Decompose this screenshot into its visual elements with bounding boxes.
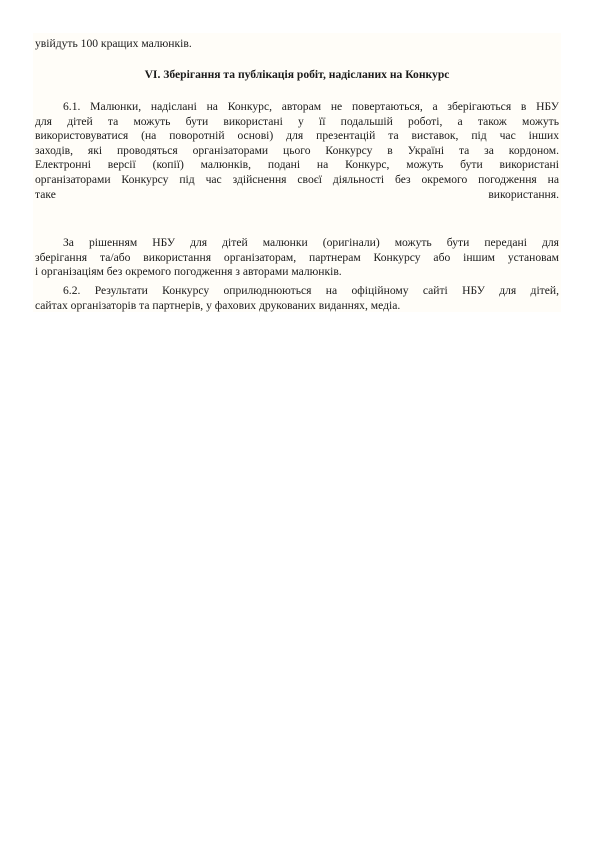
- paragraph-line: використовуватися (на поворотній основі)…: [35, 129, 559, 144]
- paragraph-6-1-continuation: За рішенням НБУ для дітей малюнки (оригі…: [35, 236, 559, 280]
- paragraph-line: для дітей та можуть бути використані у ї…: [35, 115, 559, 130]
- top-fragment-text: увійдуть 100 кращих малюнків.: [35, 37, 192, 52]
- paragraph-line: зберігання та/або використання організат…: [35, 251, 559, 266]
- paragraph-line: заходів, які проводяться організаторами …: [35, 144, 559, 159]
- paragraph-line: Електронні версії (копії) малюнків, пода…: [35, 158, 559, 173]
- paragraph-line: 6.1. Малюнки, надіслані на Конкурс, авто…: [35, 100, 559, 115]
- paragraph-line: сайтах організаторів та партнерів, у фах…: [35, 299, 559, 314]
- paragraph-line-split: таке використання.: [35, 188, 559, 203]
- document-page: увійдуть 100 кращих малюнків. VI. Зберіг…: [33, 33, 561, 312]
- paragraph-line: організаторами Конкурсу під час здійснен…: [35, 173, 559, 188]
- paragraph-6-2: 6.2. Результати Конкурсу оприлюднюються …: [35, 284, 559, 313]
- paragraph-line: 6.2. Результати Конкурсу оприлюднюються …: [35, 284, 559, 299]
- paragraph-line: За рішенням НБУ для дітей малюнки (оригі…: [35, 236, 559, 251]
- line-right-word: використання.: [488, 188, 559, 203]
- line-left-word: таке: [35, 188, 56, 203]
- section-heading: VI. Зберігання та публікація робіт, наді…: [33, 68, 561, 83]
- paragraph-line: і організаціям без окремого погодження з…: [35, 265, 559, 280]
- paragraph-6-1: 6.1. Малюнки, надіслані на Конкурс, авто…: [35, 100, 559, 202]
